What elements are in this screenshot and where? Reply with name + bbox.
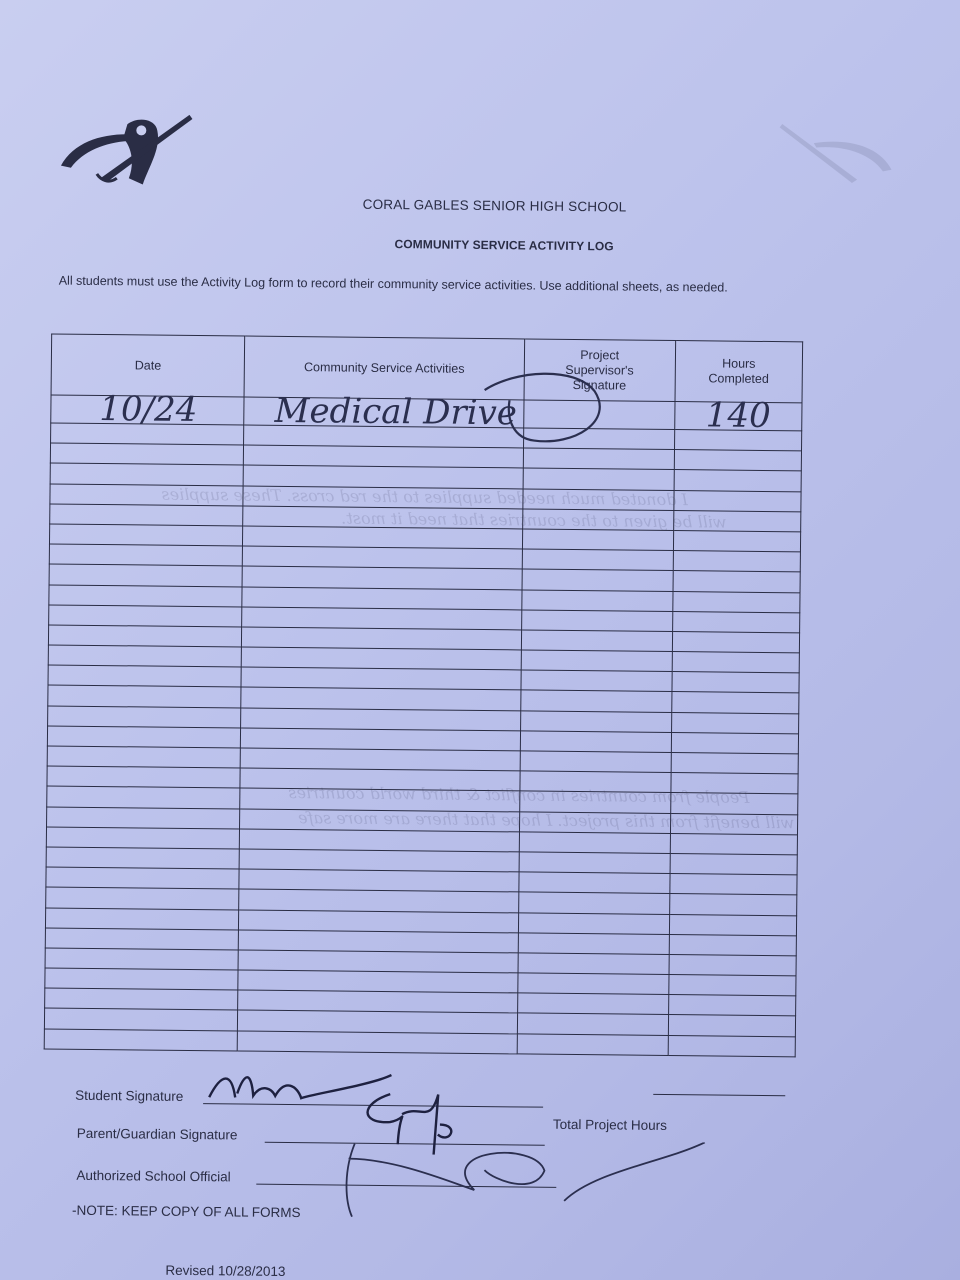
date-cell[interactable]	[48, 706, 241, 728]
date-cell[interactable]	[49, 584, 242, 606]
date-cell[interactable]	[45, 988, 238, 1010]
supervisor-signature-cell[interactable]	[517, 1013, 668, 1035]
date-cell[interactable]	[44, 1029, 237, 1051]
activity-cell[interactable]	[237, 1031, 517, 1054]
hours-cell[interactable]	[671, 753, 798, 775]
hours-cell[interactable]	[674, 470, 801, 492]
supervisor-signature-cell[interactable]	[521, 670, 672, 692]
student-signature-label: Student Signature	[75, 1088, 183, 1104]
supervisor-signature-cell[interactable]	[519, 832, 670, 854]
date-cell[interactable]	[45, 907, 238, 929]
date-cell[interactable]	[49, 524, 242, 546]
supervisor-signature-cell[interactable]	[518, 912, 669, 934]
bleed-through-logo-icon	[775, 118, 896, 189]
supervisor-signature-cell[interactable]	[518, 892, 669, 914]
handwritten-hours: 140	[706, 395, 771, 436]
hours-cell[interactable]	[672, 692, 799, 714]
date-cell[interactable]	[48, 645, 241, 667]
date-cell[interactable]	[46, 847, 239, 869]
date-cell[interactable]	[45, 948, 238, 970]
supervisor-signature-cell[interactable]	[519, 811, 670, 833]
supervisor-signature-cell[interactable]	[522, 489, 673, 511]
header-supervisor-signature: Project Supervisor's Signature	[524, 339, 676, 402]
parent-signature-label: Parent/Guardian Signature	[77, 1126, 238, 1143]
header-hours-completed: Hours Completed	[675, 341, 803, 403]
school-name: CORAL GABLES SENIOR HIGH SCHOOL	[4, 193, 960, 218]
supervisor-signature-cell[interactable]	[521, 650, 672, 672]
supervisor-signature-cell[interactable]	[518, 953, 669, 975]
supervisor-signature-cell[interactable]	[522, 549, 673, 571]
supervisor-signature-cell[interactable]	[523, 448, 674, 470]
date-cell[interactable]	[47, 786, 240, 808]
supervisor-signature-cell[interactable]	[520, 771, 671, 793]
warrior-mascot-icon	[57, 108, 198, 189]
hours-cell[interactable]	[670, 813, 797, 835]
hours-cell[interactable]	[672, 672, 799, 694]
parent-signature-ink	[350, 1074, 491, 1165]
supervisor-signature-cell[interactable]	[522, 529, 673, 551]
hours-cell[interactable]	[672, 611, 799, 633]
student-signature-line[interactable]	[203, 1103, 543, 1108]
date-cell[interactable]	[46, 867, 239, 889]
supervisor-signature-cell[interactable]	[522, 509, 673, 531]
parent-signature-line[interactable]	[265, 1142, 545, 1146]
hours-cell[interactable]	[673, 530, 800, 552]
date-cell[interactable]	[48, 685, 241, 707]
handwritten-activity: Medical Drive	[274, 391, 517, 434]
supervisor-signature-cell[interactable]	[521, 630, 672, 652]
hours-cell[interactable]	[668, 1035, 795, 1057]
date-cell[interactable]	[48, 665, 241, 687]
instructions-text: All students must use the Activity Log f…	[59, 272, 799, 299]
date-cell[interactable]	[47, 726, 240, 748]
handwritten-date: 10/24	[99, 389, 197, 430]
supervisor-signature-cell[interactable]	[520, 751, 671, 773]
hours-cell[interactable]	[673, 551, 800, 573]
hours-cell[interactable]	[673, 510, 800, 532]
supervisor-signature-cell[interactable]	[522, 569, 673, 591]
header-date: Date	[51, 334, 245, 397]
date-cell[interactable]	[45, 968, 238, 990]
date-cell[interactable]	[46, 887, 239, 909]
activity-cell[interactable]: Medical Drive	[244, 397, 524, 428]
keep-copy-note: -NOTE: KEEP COPY OF ALL FORMS	[72, 1203, 301, 1220]
date-cell[interactable]	[50, 443, 243, 465]
total-project-hours-label: Total Project Hours	[553, 1117, 667, 1133]
official-signature-line[interactable]	[256, 1184, 556, 1188]
supervisor-signature-cell[interactable]	[523, 428, 674, 450]
date-cell[interactable]	[50, 484, 243, 506]
supervisor-signature-cell[interactable]	[517, 993, 668, 1015]
hours-cell[interactable]	[669, 894, 796, 916]
hours-cell[interactable]	[670, 874, 797, 896]
hours-cell[interactable]	[670, 833, 797, 855]
form-title: COMMUNITY SERVICE ACTIVITY LOG	[4, 233, 960, 257]
hours-cell[interactable]	[669, 975, 796, 997]
date-cell[interactable]	[49, 544, 242, 566]
date-cell[interactable]	[50, 504, 243, 526]
hours-cell[interactable]	[671, 712, 798, 734]
hours-cell[interactable]	[674, 490, 801, 512]
hours-cell[interactable]	[669, 914, 796, 936]
hours-cell[interactable]: 140	[675, 402, 802, 431]
date-cell[interactable]	[47, 746, 240, 768]
date-cell[interactable]	[49, 605, 242, 627]
date-cell[interactable]	[50, 463, 243, 485]
supervisor-signature-cell[interactable]	[519, 852, 670, 874]
date-cell[interactable]	[47, 766, 240, 788]
hours-cell[interactable]	[670, 793, 797, 815]
hours-cell[interactable]	[672, 631, 799, 653]
supervisor-signature-cell[interactable]	[520, 711, 671, 733]
hours-cell[interactable]	[668, 995, 795, 1017]
supervisor-signature-cell[interactable]	[520, 731, 671, 753]
hours-cell[interactable]	[672, 652, 799, 674]
hours-cell[interactable]	[668, 1015, 795, 1037]
supervisor-signature-cell[interactable]	[520, 690, 671, 712]
hours-cell[interactable]	[669, 934, 796, 956]
date-cell[interactable]	[46, 827, 239, 849]
hours-cell[interactable]	[673, 571, 800, 593]
hours-cell[interactable]	[673, 591, 800, 613]
activity-log-page: I donated much needed supplies to the re…	[0, 0, 960, 1280]
date-cell[interactable]	[44, 1008, 237, 1030]
supervisor-signature-cell[interactable]	[518, 933, 669, 955]
official-signature-label: Authorized School Official	[76, 1168, 230, 1185]
supervisor-signature-cell[interactable]	[517, 973, 668, 995]
official-signature-ink	[334, 1139, 735, 1223]
date-cell[interactable]	[47, 807, 240, 829]
date-cell[interactable]	[48, 625, 241, 647]
date-cell[interactable]	[45, 928, 238, 950]
activity-log-table: Date Community Service Activities Projec…	[44, 333, 803, 1057]
hours-cell[interactable]	[674, 450, 801, 472]
supervisor-signature-cell[interactable]	[523, 468, 674, 490]
supervisor-signature-cell[interactable]	[523, 400, 674, 430]
date-cell[interactable]: 10/24	[51, 395, 245, 425]
supervisor-signature-cell[interactable]	[517, 1034, 668, 1056]
hours-cell[interactable]	[670, 853, 797, 875]
date-cell[interactable]	[49, 564, 242, 586]
hours-cell[interactable]	[671, 732, 798, 754]
student-signature-ink	[201, 1063, 402, 1115]
hours-cell[interactable]	[669, 954, 796, 976]
supervisor-signature-cell[interactable]	[518, 872, 669, 894]
revised-date: Revised 10/28/2013	[165, 1263, 285, 1279]
supervisor-signature-cell[interactable]	[521, 610, 672, 632]
total-hours-line[interactable]	[653, 1094, 785, 1096]
supervisor-signature-cell[interactable]	[521, 589, 672, 611]
supervisor-signature-cell[interactable]	[519, 791, 670, 813]
hours-cell[interactable]	[671, 773, 798, 795]
